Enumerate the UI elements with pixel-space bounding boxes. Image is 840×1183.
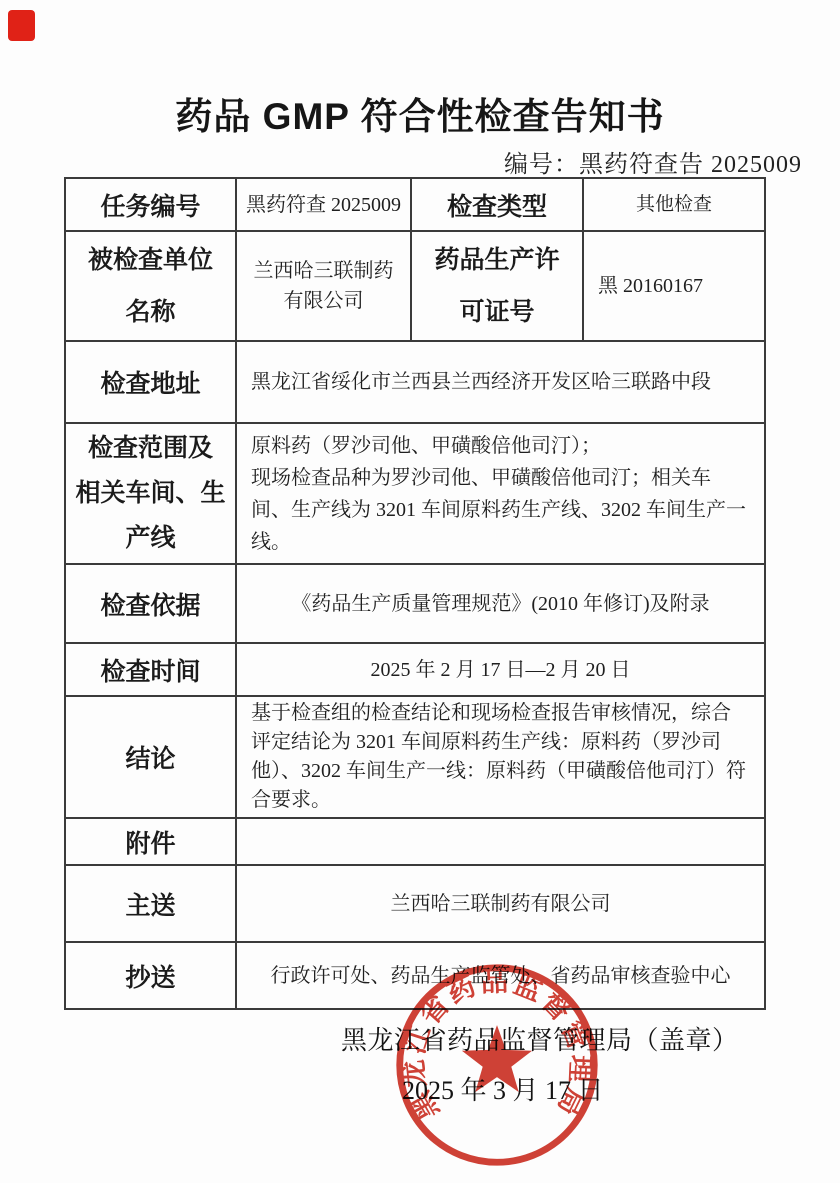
table-row: 任务编号 黑药符查 2025009 检查类型 其他检查 xyxy=(65,178,765,231)
table-row: 附件 xyxy=(65,818,765,865)
task-number-label: 任务编号 xyxy=(65,178,236,231)
table-row: 检查时间 2025 年 2 月 17 日—2 月 20 日 xyxy=(65,643,765,696)
license-number-value: 黑 20160167 xyxy=(583,231,765,341)
inspection-address-value: 黑龙江省绥化市兰西县兰西经济开发区哈三联路中段 xyxy=(236,341,765,423)
conclusion-label: 结论 xyxy=(65,696,236,818)
main-recipient-label: 主送 xyxy=(65,865,236,942)
attachment-value xyxy=(236,818,765,865)
seal-star xyxy=(462,1025,532,1092)
table-row: 主送 兰西哈三联制药有限公司 xyxy=(65,865,765,942)
document-number: 编号：黑药符查告 2025009 xyxy=(504,144,802,179)
gmp-notice-document: 药品 GMP 符合性检查告知书 编号：黑药符查告 2025009 任务编号 黑药… xyxy=(0,0,840,1183)
license-number-label: 药品生产许 可证号 xyxy=(411,231,583,341)
table-row: 检查依据 《药品生产质量管理规范》(2010 年修订)及附录 xyxy=(65,564,765,643)
document-title: 药品 GMP 符合性检查告知书 xyxy=(0,86,840,140)
main-recipient-value: 兰西哈三联制药有限公司 xyxy=(236,865,765,942)
inspection-time-label: 检查时间 xyxy=(65,643,236,696)
inspection-form-table: 任务编号 黑药符查 2025009 检查类型 其他检查 被检查单位 名称 兰西哈… xyxy=(64,177,766,1010)
inspected-unit-value: 兰西哈三联制药 有限公司 xyxy=(236,231,411,341)
corner-red-mark xyxy=(8,10,35,41)
table-row: 检查地址 黑龙江省绥化市兰西县兰西经济开发区哈三联路中段 xyxy=(65,341,765,423)
inspection-scope-value: 原料药（罗沙司他、甲磺酸倍他司汀）； 现场检查品种为罗沙司他、甲磺酸倍他司汀；相… xyxy=(236,423,765,564)
inspection-basis-label: 检查依据 xyxy=(65,564,236,643)
attachment-label: 附件 xyxy=(65,818,236,865)
inspection-type-label: 检查类型 xyxy=(411,178,583,231)
cc-recipient-label: 抄送 xyxy=(65,942,236,1009)
official-seal: 黑龙江省药品监督管理局 xyxy=(390,958,604,1172)
task-number-value: 黑药符查 2025009 xyxy=(236,178,411,231)
inspected-unit-label: 被检查单位 名称 xyxy=(65,231,236,341)
inspection-type-value: 其他检查 xyxy=(583,178,765,231)
inspection-address-label: 检查地址 xyxy=(65,341,236,423)
inspection-scope-label: 检查范围及 相关车间、生 产线 xyxy=(65,423,236,564)
inspection-basis-value: 《药品生产质量管理规范》(2010 年修订)及附录 xyxy=(236,564,765,643)
table-row: 检查范围及 相关车间、生 产线 原料药（罗沙司他、甲磺酸倍他司汀）； 现场检查品… xyxy=(65,423,765,564)
table-row: 被检查单位 名称 兰西哈三联制药 有限公司 药品生产许 可证号 黑 201601… xyxy=(65,231,765,341)
conclusion-value: 基于检查组的检查结论和现场检查报告审核情况，综合评定结论为 3201 车间原料药… xyxy=(236,696,765,818)
table-row: 结论 基于检查组的检查结论和现场检查报告审核情况，综合评定结论为 3201 车间… xyxy=(65,696,765,818)
inspection-time-value: 2025 年 2 月 17 日—2 月 20 日 xyxy=(236,643,765,696)
